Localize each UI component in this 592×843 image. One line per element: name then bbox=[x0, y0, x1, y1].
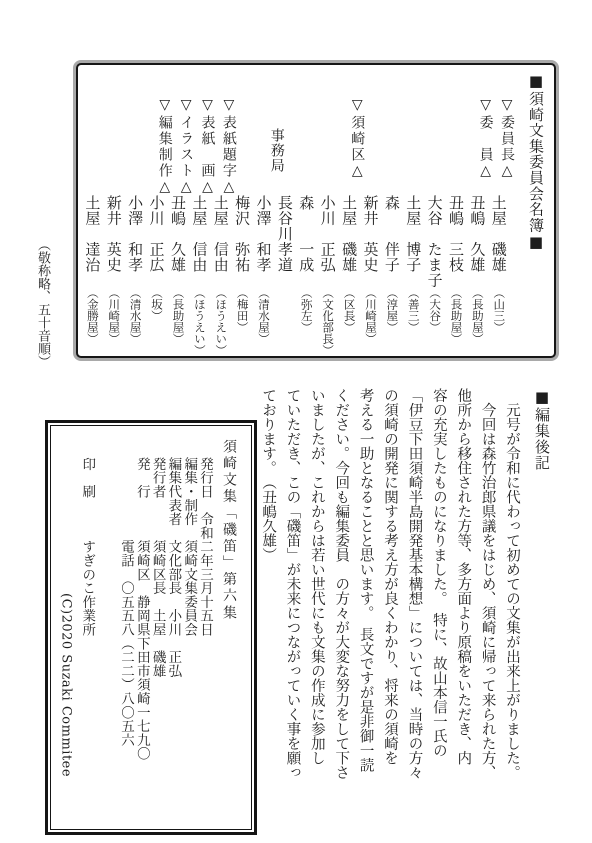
roster-box: ■須崎文集委員会名簿■ ▽委員長△ 土屋 磯雄 （山三） ▽委 員△ 丑嶋 久雄… bbox=[76, 63, 556, 358]
member-note: （善三） bbox=[406, 287, 422, 333]
member-column: 土屋 博子 （善三） bbox=[403, 65, 424, 356]
member-name: 小川 正弘 bbox=[318, 195, 339, 273]
postscript-line: 今回は森竹治郎県議をはじめ、須崎に帰って来られた方、 bbox=[474, 388, 498, 802]
member-note: （文化部長） bbox=[320, 287, 336, 356]
member-name: 梅沢 弥祐 bbox=[232, 195, 253, 273]
member-name: 土屋 磯雄 bbox=[489, 195, 510, 273]
member-name: 土屋 磯雄 bbox=[339, 195, 360, 273]
member-name: 丑嶋 久雄 bbox=[168, 195, 189, 273]
member-column: 土屋 磯雄 （区長） bbox=[339, 65, 360, 356]
member-note: （清水屋） bbox=[256, 287, 272, 345]
member-name: 丑嶋 三枝 bbox=[446, 195, 467, 273]
postscript-line: 容の充実したものになりました。 特に、故山本信一氏の bbox=[425, 388, 449, 802]
colophon-line-publisher-address: 発 行 須崎区 静岡県下田市須崎一七九〇 bbox=[136, 429, 152, 826]
postscript-line: ております。 （丑嶋久雄） bbox=[255, 388, 279, 802]
colophon-inner-border: 須崎文集「磯笛」第六集 発行日 令和二年三月十五日 編集・制作 須崎文集委員会 … bbox=[50, 425, 252, 830]
postscript-line: ていただき、この「磯笛」が未来につながっていく事を願っ bbox=[279, 388, 303, 802]
roster-group-suzaki-ward: ▽須崎区△ 土屋 磯雄 （区長） 小川 正弘 （文化部長） 森 一成 （弥左） … bbox=[275, 65, 361, 356]
roster-group-editing-production: ▽編集制作△ 小川 正広 （坂） 小澤 和孝 （清水屋） 新井 英史 （川崎屋）… bbox=[82, 65, 168, 356]
colophon-box: 須崎文集「磯笛」第六集 発行日 令和二年三月十五日 編集・制作 須崎文集委員会 … bbox=[45, 420, 257, 835]
postscript-line: 「伊豆下田須崎半島開発基本構想」については、当時の方々 bbox=[401, 388, 425, 802]
member-name: 丑嶋 久雄 bbox=[467, 195, 488, 273]
postscript-line: 考える一助となることと思います。 長文ですが是非御一読 bbox=[352, 388, 376, 802]
member-note: （弥左） bbox=[299, 287, 315, 333]
member-note: （区長） bbox=[342, 287, 358, 333]
colophon-content: 須崎文集「磯笛」第六集 発行日 令和二年三月十五日 編集・制作 須崎文集委員会 … bbox=[54, 429, 248, 826]
member-column: 大谷 たま子 （大谷） bbox=[424, 65, 445, 356]
member-note: （長助屋） bbox=[470, 287, 486, 345]
colophon-line-issue-date: 発行日 令和二年三月十五日 bbox=[199, 429, 215, 826]
postscript-line: 元号が令和に代わって初めての文集が出来上がりました。 bbox=[499, 388, 523, 802]
member-note: （川崎屋） bbox=[106, 287, 122, 345]
member-name: 森 伴子 bbox=[382, 195, 403, 273]
member-note: （淳屋） bbox=[384, 287, 400, 333]
member-note: （ほうえい） bbox=[192, 287, 208, 356]
member-column: 森 一成 （弥左） bbox=[296, 65, 317, 356]
member-name: 土屋 信由 bbox=[189, 195, 210, 273]
member-name: 森 一成 bbox=[296, 195, 317, 273]
member-name: 土屋 博子 bbox=[403, 195, 424, 273]
postscript-line: 他所から移住された方等、多方面より原稿をいただき、内 bbox=[450, 388, 474, 802]
roster-caption: （敬称略、五十音順） bbox=[33, 238, 52, 368]
member-column: 新井 英史 （川崎屋） bbox=[104, 65, 125, 356]
member-note: （川崎屋） bbox=[363, 287, 379, 345]
member-note: （坂） bbox=[149, 287, 165, 322]
colophon-copyright: (C)2020 Suzaki Commitee bbox=[58, 429, 73, 826]
member-note: （金勝屋） bbox=[85, 287, 101, 345]
colophon-line-publisher-person: 発行者 須崎区長 土屋 磯雄 bbox=[152, 429, 168, 826]
colophon-line-phone: 電話 〇五五八（二二）八〇五六 bbox=[120, 429, 136, 826]
member-note: （長助屋） bbox=[449, 287, 465, 345]
postscript-title: ■編集後記 bbox=[532, 388, 553, 802]
member-column: 小澤 和孝 （清水屋） bbox=[125, 65, 146, 356]
member-column: 土屋 達治 （金勝屋） bbox=[82, 65, 103, 356]
member-note: （長助屋） bbox=[170, 287, 186, 345]
member-column: 小澤 和孝 （清水屋） bbox=[253, 65, 274, 356]
member-column: 丑嶋 三枝 （長助屋） bbox=[446, 65, 467, 356]
member-name: 大谷 たま子 bbox=[425, 195, 446, 288]
member-note: （山三） bbox=[491, 287, 507, 333]
member-column: 森 伴子 （淳屋） bbox=[382, 65, 403, 356]
member-name: 小澤 和孝 bbox=[125, 195, 146, 273]
postscript-section: ■編集後記 元号が令和に代わって初めての文集が出来上がりました。 今回は森竹治郎… bbox=[255, 388, 562, 802]
member-name: 新井 英史 bbox=[104, 195, 125, 273]
colophon-line-editing: 編集・制作 須崎文集委員会 bbox=[183, 429, 199, 826]
member-note: （梅田） bbox=[235, 287, 251, 333]
member-note: （ほうえい） bbox=[213, 287, 229, 356]
roster-group-members: ▽委 員△ 丑嶋 久雄 （長助屋） 丑嶋 三枝 （長助屋） 大谷 たま子 （大谷… bbox=[360, 65, 488, 356]
colophon-title: 須崎文集「磯笛」第六集 bbox=[219, 429, 239, 826]
postscript-line: の須崎の開発に関する考え方が良くわかり、将来の須崎を bbox=[377, 388, 401, 802]
member-column: 丑嶋 久雄 （長助屋） bbox=[467, 65, 488, 356]
postscript-line: ください。今回も編集委員 の方々が大変な努力をして下さ bbox=[328, 388, 352, 802]
member-name: 土屋 達治 bbox=[82, 195, 103, 273]
member-name: 小川 正広 bbox=[147, 195, 168, 273]
member-name: 長谷川孝道 bbox=[275, 195, 296, 273]
roster-groups: ▽委員長△ 土屋 磯雄 （山三） ▽委 員△ 丑嶋 久雄 （長助屋） 丑嶋 三枝… bbox=[82, 65, 510, 356]
member-note: （清水屋） bbox=[128, 287, 144, 345]
roster-title: ■須崎文集委員会名簿■ bbox=[526, 72, 547, 252]
colophon-line-printer: 印 刷 すぎのこ作業所 bbox=[81, 429, 97, 826]
member-name: 新井 英史 bbox=[360, 195, 381, 273]
member-name: 小澤 和孝 bbox=[254, 195, 275, 273]
document-page: ■須崎文集委員会名簿■ ▽委員長△ 土屋 磯雄 （山三） ▽委 員△ 丑嶋 久雄… bbox=[0, 0, 592, 843]
member-column: 長谷川孝道 bbox=[275, 65, 296, 356]
member-name: 土屋 信由 bbox=[211, 195, 232, 273]
member-note: （大谷） bbox=[427, 287, 443, 333]
member-column: 小川 正弘 （文化部長） bbox=[317, 65, 338, 356]
postscript-line: いましたが、これからは若い世代にも文集の作成に参加し bbox=[303, 388, 327, 802]
member-column: 小川 正広 （坂） bbox=[146, 65, 167, 356]
